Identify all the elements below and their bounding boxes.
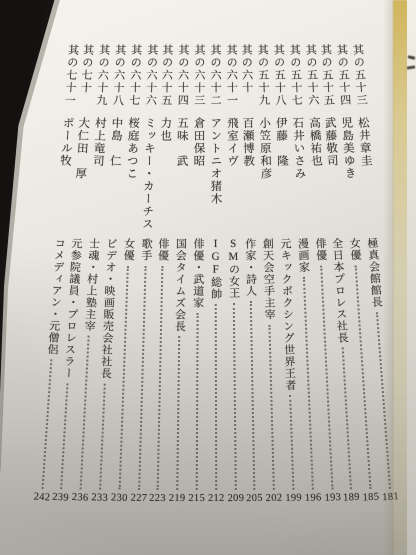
leader-dots — [289, 395, 294, 490]
chapter-number: 其の五十八 — [270, 44, 288, 108]
person-title: 俳優 — [311, 237, 328, 261]
leader-dots — [342, 348, 352, 490]
person-title: 歌手 — [137, 238, 154, 262]
latin-upright-run: IGF — [209, 238, 221, 276]
person-title: 俳優・武道家 — [190, 238, 206, 309]
person-name: 五味 武 — [174, 117, 191, 168]
page-number: 199 — [285, 492, 302, 504]
page-number: 223 — [149, 493, 166, 504]
page-number: 233 — [91, 492, 108, 504]
person-name: 桜庭あつこ — [123, 117, 141, 181]
person-name: 伊藤 隆 — [273, 117, 291, 168]
person-title: 俳優 — [155, 238, 171, 262]
facing-page-glyph-fragment — [407, 54, 416, 80]
leader-dots — [232, 303, 236, 490]
page-number: 212 — [208, 493, 225, 504]
page-number: 196 — [305, 492, 322, 504]
person-name: 村上竜司 — [90, 116, 109, 167]
person-name: 小笠原和彦 — [256, 117, 274, 180]
leader-dots — [118, 265, 128, 489]
leader-dots — [41, 359, 52, 489]
page-number: 227 — [130, 493, 147, 504]
page-number: 209 — [227, 493, 244, 504]
person-name: 百瀬博教 — [240, 117, 257, 168]
chapter-number: 其の六十三 — [191, 44, 207, 107]
book-page-photo: 其の五十三 松井章圭 極真会館館長 181 其の五十四 児島美ゆき 女優 185… — [0, 0, 416, 555]
page-number: 205 — [246, 493, 263, 504]
page-number: 239 — [52, 492, 69, 504]
page-number: 230 — [111, 492, 128, 504]
person-name: 武藤敬司 — [322, 116, 341, 167]
page-number: 193 — [324, 492, 341, 504]
person-title: 創天会空手主宰 — [259, 238, 277, 321]
chapter-number: 其の六十一 — [223, 44, 240, 107]
person-title: 女優 — [120, 238, 137, 262]
person-title: 女優 — [346, 237, 364, 262]
fore-edge-yellow-band — [393, 0, 408, 555]
chapter-number: 其の五十七 — [286, 44, 305, 108]
chapter-number: 其の五十九 — [254, 44, 272, 107]
leader-dots — [60, 383, 68, 489]
chapter-number: 其の六十 — [238, 44, 255, 95]
leader-dots — [99, 383, 106, 489]
person-name: 松井章圭 — [354, 116, 374, 167]
leader-dots — [250, 301, 256, 490]
page-number: 236 — [72, 492, 89, 504]
leader-dots — [215, 304, 218, 490]
person-name: ミッキー・カーチス — [138, 117, 157, 231]
title-and-leader: IGF総帥 — [207, 238, 224, 490]
person-title: 作家・詩人 — [242, 238, 259, 297]
title-and-leader: SMの女王 — [225, 238, 244, 490]
person-name: 倉田保昭 — [190, 117, 206, 167]
person-name: 力也 — [157, 117, 174, 143]
chapter-number: 其の六十五 — [158, 44, 175, 107]
chapter-number: 其の六十八 — [109, 44, 128, 108]
person-name: 石井いさみ — [289, 117, 308, 181]
person-name: ポール牧 — [56, 116, 75, 167]
person-name: 高橋祐也 — [305, 117, 324, 168]
leader-dots — [80, 336, 90, 489]
latin-upright-run: SM — [227, 238, 239, 264]
fore-edge-outer — [407, 0, 416, 555]
chapter-number: 其の六十四 — [174, 44, 191, 107]
person-name: 中島 仁 — [106, 117, 124, 168]
person-name: 飛室イヴ — [223, 117, 240, 168]
toc-entry-column: 其の六十三 倉田保昭 俳優・武道家 215 — [189, 44, 207, 504]
chapter-number: 其の五十六 — [302, 44, 321, 108]
leader-dots — [138, 265, 146, 489]
page-number: 189 — [343, 492, 360, 504]
leader-dots — [196, 313, 199, 490]
person-title: SMの女王 — [225, 238, 242, 299]
page-number: 185 — [363, 491, 380, 503]
person-title: 国会タイムズ会長 — [171, 238, 188, 333]
title-and-leader: 国会タイムズ会長 — [169, 238, 188, 490]
leader-dots — [303, 277, 314, 489]
page-number: 202 — [266, 493, 283, 504]
page-number: 242 — [33, 491, 50, 503]
person-title: IGF総帥 — [207, 238, 223, 300]
leader-dots — [176, 336, 180, 490]
toc-columns: 其の五十三 松井章圭 極真会館館長 181 其の五十四 児島美ゆき 女優 185… — [0, 0, 416, 555]
toc-entry-column: 其の六十二 アントニオ猪木 IGF総帥 212 — [207, 44, 224, 504]
chapter-number: 其の六十六 — [142, 44, 160, 107]
page-number: 219 — [169, 493, 186, 504]
page-number: 215 — [188, 493, 205, 504]
person-title: 漫画家 — [294, 237, 311, 273]
person-name: アントニオ猪木 — [207, 117, 223, 205]
chapter-number: 其の六十七 — [125, 44, 143, 108]
leader-dots — [269, 324, 275, 489]
person-title: 極真会館館長 — [363, 237, 384, 309]
chapter-number: 其の六十二 — [207, 44, 223, 107]
leader-dots — [157, 266, 164, 490]
title-and-leader: 俳優・武道家 — [189, 238, 206, 490]
